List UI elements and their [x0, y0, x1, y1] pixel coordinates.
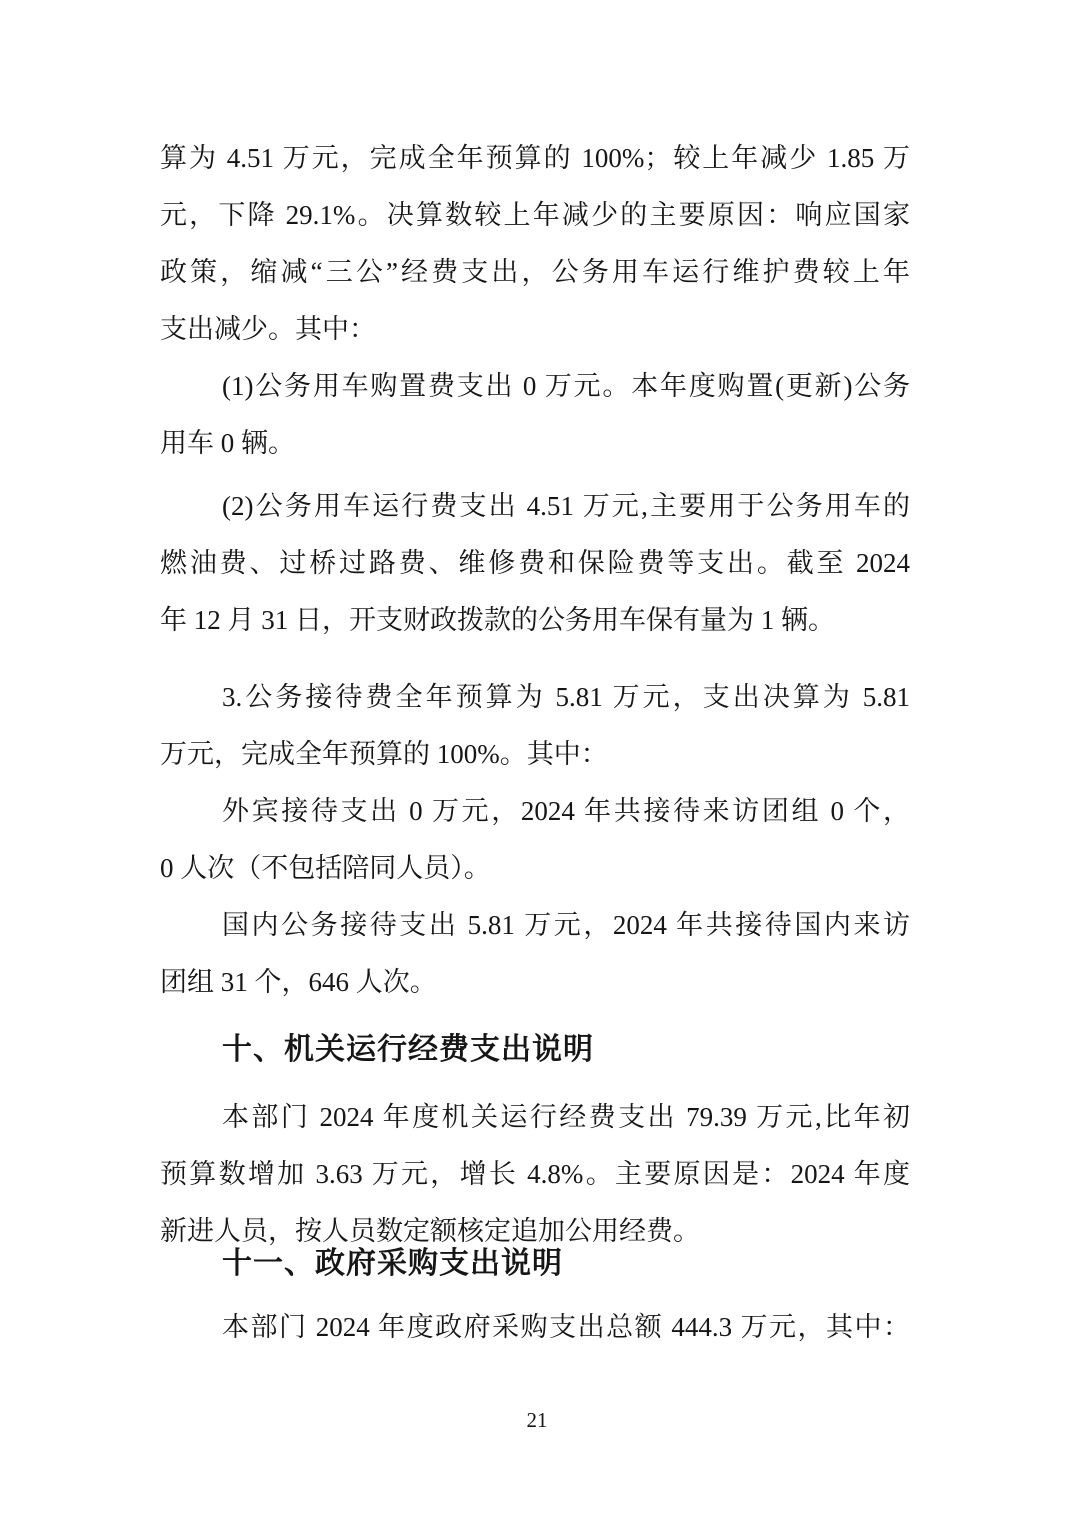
text-line: (2)公务用车运行费支出 4.51 万元,主要用于公务用车的	[160, 491, 910, 522]
section-heading: 十、机关运行经费支出说明	[160, 1033, 910, 1067]
text-line: 政策，缩减“三公”经费支出，公务用车运行维护费较上年	[160, 257, 910, 288]
text-line: 万元，完成全年预算的 100%。其中：	[160, 739, 910, 770]
page-number: 21	[0, 1408, 1074, 1432]
text-line: 用车 0 辆。	[160, 428, 910, 459]
text-line: 3.公务接待费全年预算为 5.81 万元，支出决算为 5.81	[160, 682, 910, 713]
text-line: 燃油费、过桥过路费、维修费和保险费等支出。截至 2024	[160, 548, 910, 579]
text-line: 本部门 2024 年度政府采购支出总额 444.3 万元，其中：	[160, 1312, 910, 1343]
text-line: 算为 4.51 万元，完成全年预算的 100%；较上年减少 1.85 万	[160, 143, 910, 174]
text-line: 年 12 月 31 日，开支财政拨款的公务用车保有量为 1 辆。	[160, 605, 910, 636]
document-page: 算为 4.51 万元，完成全年预算的 100%；较上年减少 1.85 万元，下降…	[0, 0, 1074, 1520]
text-line: 新进人员，按人员数定额核定追加公用经费。	[160, 1216, 910, 1247]
text-line: 0 人次（不包括陪同人员）。	[160, 853, 910, 884]
text-line: 预算数增加 3.63 万元，增长 4.8%。主要原因是：2024 年度	[160, 1159, 910, 1190]
text-line: 支出减少。其中：	[160, 314, 910, 345]
text-line: 元，下降 29.1%。决算数较上年减少的主要原因：响应国家	[160, 200, 910, 231]
section-heading: 十一、政府采购支出说明	[160, 1247, 910, 1281]
text-line: 外宾接待支出 0 万元，2024 年共接待来访团组 0 个，	[160, 796, 910, 827]
text-line: 本部门 2024 年度机关运行经费支出 79.39 万元,比年初	[160, 1102, 910, 1133]
text-line: 团组 31 个，646 人次。	[160, 967, 910, 998]
text-line: (1)公务用车购置费支出 0 万元。本年度购置(更新)公务	[160, 371, 910, 402]
text-line: 国内公务接待支出 5.81 万元，2024 年共接待国内来访	[160, 910, 910, 941]
document-body: 算为 4.51 万元，完成全年预算的 100%；较上年减少 1.85 万元，下降…	[160, 143, 910, 1343]
